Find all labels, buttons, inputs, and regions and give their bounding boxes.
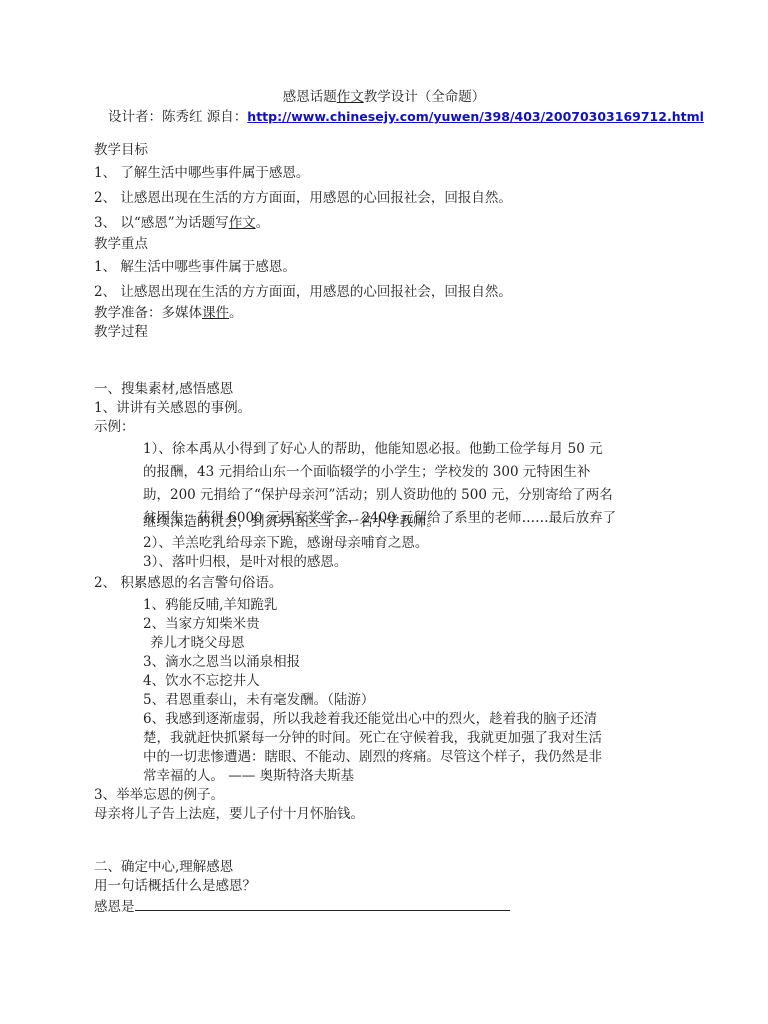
section1-sub3-example: 母亲将儿子告上法庭，要儿子付十月怀胎钱。 (94, 805, 364, 823)
objective-item: 3、 以“感恩”为话题写作文。 (94, 214, 269, 232)
process-heading: 教学过程 (94, 323, 148, 341)
quote-line: 养儿才晓父母恩 (150, 634, 245, 652)
section2-question: 用一句话概括什么是感恩？ (94, 877, 256, 895)
example-line: 继续深造的机会，到贫穷山区当了一名小学教师。 (143, 513, 440, 531)
quote-line: 2、当家方知柴米贵 (143, 615, 260, 633)
fill-in-line: 感恩是 (94, 896, 510, 916)
quote-line: 4、饮水不忘挖井人 (143, 672, 260, 690)
section1-sub3: 3、举举忘恩的例子。 (94, 786, 224, 804)
objective-item: 2、 让感恩出现在生活的方方面面，用感恩的心回报社会，回报自然。 (94, 189, 512, 207)
quote-line: 1、鸦能反哺,羊知跪乳 (143, 596, 277, 614)
preparation-text-end: 。 (229, 305, 243, 321)
quote-line: 3、滴水之恩当以涌泉相报 (143, 653, 300, 671)
title-text-end: 教学设计（全命题） (364, 89, 486, 105)
author-label: 设计者：陈秀红 源自： (108, 109, 247, 125)
example-label: 示例： (94, 418, 135, 436)
section1-sub1: 1、讲讲有关感恩的事例。 (94, 399, 251, 417)
example-line: 的报酬，43 元捐给山东一个面临辍学的小学生；学校发的 300 元特困生补 (143, 463, 590, 481)
objective-underlined-word: 作文 (229, 215, 256, 231)
example-line: 1）、徐本禹从小得到了好心人的帮助，他能知恩必报。他勤工俭学每月 50 元 (143, 440, 603, 458)
preparation-underlined-word: 课件 (202, 305, 229, 321)
quote-line: 楚，我就赶快抓紧每一分钟的时间。死亡在守候着我，我就更加强了我对生活 (143, 729, 602, 747)
objectives-heading: 教学目标 (94, 141, 148, 159)
objective-text-end: 。 (256, 215, 270, 231)
objective-item: 1、 了解生活中哪些事件属于感恩。 (94, 164, 309, 182)
keypoint-item: 1、 解生活中哪些事件属于感恩。 (94, 258, 296, 276)
title-text: 感恩话题 (283, 89, 337, 105)
section1-heading: 一、搜集素材,感悟感恩 (94, 380, 233, 398)
byline: 设计者：陈秀红 源自：http://www.chinesejy.com/yuwe… (108, 108, 704, 126)
preparation-text: 教学准备：多媒体 (94, 305, 202, 321)
source-link[interactable]: http://www.chinesejy.com/yuwen/398/403/2… (247, 109, 704, 124)
preparation: 教学准备：多媒体课件。 (94, 304, 243, 322)
title-underlined-word: 作文 (337, 89, 364, 105)
keypoint-item: 2、 让感恩出现在生活的方方面面，用感恩的心回报社会，回报自然。 (94, 283, 512, 301)
example-line: 2）、羊羔吃乳给母亲下跪，感谢母亲哺育之恩。 (143, 534, 428, 552)
section2-heading: 二、确定中心,理解感恩 (94, 858, 233, 876)
section1-sub2: 2、 积累感恩的名言警句俗语。 (94, 574, 282, 592)
objective-text: 3、 以“感恩”为话题写 (94, 215, 229, 231)
keypoints-heading: 教学重点 (94, 235, 148, 253)
quote-line: 5、君恩重泰山，未有毫发酬。（陆游） (143, 691, 374, 709)
fill-label: 感恩是 (94, 899, 135, 915)
document-title: 感恩话题作文教学设计（全命题） (0, 88, 768, 106)
example-line: 3）、落叶归根，是叶对根的感恩。 (143, 553, 347, 571)
example-line: 助，200 元捐给了“保护母亲河”活动；别人资助他的 500 元，分别寄给了两名 (143, 486, 613, 504)
quote-line: 中的一切悲惨遭遇：瞎眼、不能动、剧烈的疼痛。尽管这个样子，我仍然是非 (143, 748, 602, 766)
fill-blank (135, 896, 510, 911)
quote-line: 常幸福的人。 —— 奥斯特洛夫斯基 (143, 767, 354, 785)
quote-line: 6、我感到逐渐虚弱，所以我趁着我还能觉出心中的烈火，趁着我的脑子还清 (143, 710, 597, 728)
